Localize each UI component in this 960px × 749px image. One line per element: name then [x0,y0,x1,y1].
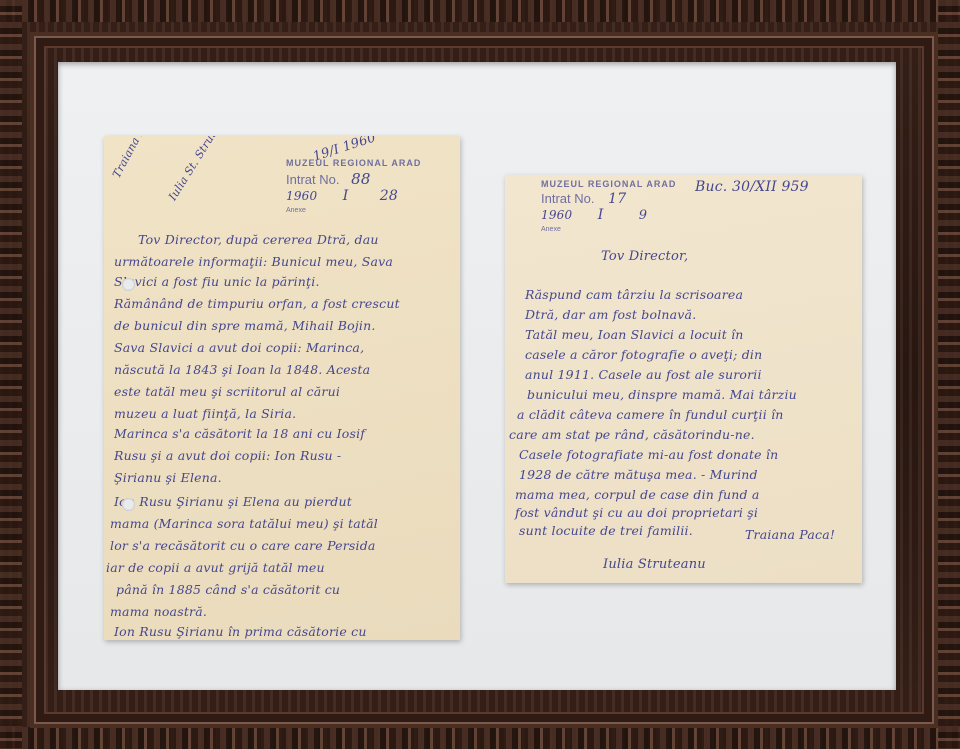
letter-line: născută la 1843 şi Ioan la 1848. Acesta [114,362,370,377]
letter-line: care am stat pe rând, căsătorindu-ne. [509,427,755,442]
punch-hole [122,498,135,511]
letter-line: Tov Director, după cererea Dtră, dau [138,232,379,247]
letter-line: mama noastră. [110,604,207,619]
letter-signature: Iulia Struteanu [603,557,706,572]
frame-ornament-right [938,0,960,749]
letter-line: muzeu a luat fiinţă, la Siria. [114,406,296,421]
stamp-year: 1960 [286,189,317,203]
letter-line: până în 1885 când s'a căsătorit cu [116,582,340,597]
stamp-anexe: Anexe [541,226,676,233]
letter-line: Rusu şi a avut doi copii: Ion Rusu - [114,448,341,463]
stamp-intrat-no: 88 [351,170,371,188]
letter-line: Şirianu şi Elena. [114,470,222,485]
stamp-month: I [598,207,604,223]
punch-hole [122,278,135,291]
letter-line: este tatăl meu şi scriitorul al cărui [114,384,340,399]
letter-line: Tatăl meu, Ioan Slavici a locuit în [525,327,744,342]
letter-line: Rămânând de timpuriu orfan, a fost cresc… [114,296,400,311]
frame-ornament-top [0,0,960,22]
letter-line: fost vândut şi cu au doi proprietari şi [515,505,758,520]
letter-line: Sava Slavici a avut doi copii: Marinca, [114,340,364,355]
letter-right: MUZEUL REGIONAL ARAD Intrat No. 17 1960 … [505,175,862,583]
letter-line: sunt locuite de trei familii. [519,523,693,538]
letter-closing: Traiana Paca! [745,527,835,542]
stamp-month: I [343,188,349,204]
letter-left: Traiana Paca! Iulia St. Struteanu 19/I 1… [104,136,460,640]
stamp-intrat-label: Intrat No. [541,191,594,206]
letter-line: Dtră, dar am fost bolnavă. [525,307,696,322]
letter-line: Casele fotografiate mi-au fost donate în [519,447,778,462]
letter-line: lor s'a recăsătorit cu o care care Persi… [110,538,376,553]
letter-line: Marinca s'a căsătorit la 18 ani cu Iosif [114,426,365,441]
letter-line: de bunicul din spre mamă, Mihail Bojin. [114,318,376,333]
letter-line: Slavici a fost fiu unic la părinţi. [114,274,320,289]
letter-place-date: Buc. 30/XII 959 [695,179,809,195]
stamp-year: 1960 [541,208,572,222]
stamp-anexe: Anexe [286,207,421,214]
letter-line: casele a căror fotografie o aveţi; din [525,347,762,362]
stamp-intrat-label: Intrat No. [286,172,339,187]
stamp-title: MUZEUL REGIONAL ARAD [286,158,421,168]
letter-line: a clădit câteva camere în fundul curţii … [517,407,784,422]
letter-line: următoarele informaţii: Bunicul meu, Sav… [114,254,393,269]
frame-ornament-left [0,0,22,749]
letter-salutation: Tov Director, [601,249,688,264]
stamp-intrat-no: 17 [608,191,626,207]
letter-line: Răspund cam târziu la scrisoarea [525,287,743,302]
museum-stamp: MUZEUL REGIONAL ARAD Intrat No. 88 1960 … [286,158,421,214]
letter-line: mama (Marinca sora tatălui meu) şi tatăl [110,516,378,531]
letter-line: anul 1911. Casele au fost ale surorii [525,367,762,382]
stamp-title: MUZEUL REGIONAL ARAD [541,179,676,189]
letter-line: 1928 de către mătuşa mea. - Murind [519,467,758,482]
stamp-day: 28 [380,188,398,204]
letter-line: mama mea, corpul de case din fund a [515,487,760,502]
letter-line: iar de copii a avut grijă tatăl meu [106,560,325,575]
museum-stamp: MUZEUL REGIONAL ARAD Intrat No. 17 1960 … [541,179,676,233]
margin-note-1: Traiana Paca! [110,136,159,180]
letter-line: Ion Rusu Şirianu în prima căsătorie cu [114,624,367,639]
margin-note-2: Iulia St. Struteanu [166,136,234,203]
mat-board: Traiana Paca! Iulia St. Struteanu 19/I 1… [58,62,896,690]
letter-line: Ion Rusu Şirianu şi Elena au pierdut [114,494,352,509]
frame-ornament-bottom [0,727,960,749]
stamp-day: 9 [639,208,647,223]
letter-line: bunicului meu, dinspre mamă. Mai târziu [527,387,797,402]
